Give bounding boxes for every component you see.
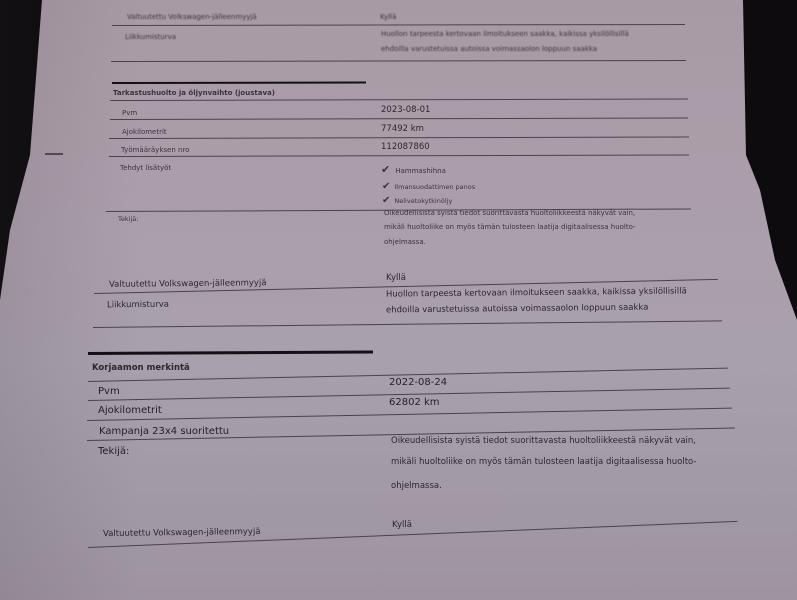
- performer-note-line1: Oikeudellisista syistä tiedot suorittava…: [391, 436, 696, 446]
- row-value-mileage: 77492 km: [381, 124, 424, 134]
- row-value-mileage: 62802 km: [389, 397, 440, 408]
- checked-item: ✔Ilmansuodattimen panos: [382, 181, 475, 192]
- row-label-date: Pvm: [98, 386, 120, 397]
- row-value-mobility-line2: ehdoilla varustetuissa autoissa voimassa…: [381, 45, 597, 53]
- row-label-dealer: Valtuutettu Volkswagen-jälleenmyyjä: [109, 278, 267, 290]
- performer-note-line3: ohjelmassa.: [384, 238, 426, 246]
- checked-item-label: Nelivetokytkinöljy: [394, 197, 452, 205]
- check-icon: ✔: [381, 163, 390, 176]
- checked-item: ✔Nelivetokytkinöljy: [382, 195, 452, 206]
- row-label-extra-work: Tehdyt lisätyöt: [120, 164, 171, 172]
- row-label-mileage: Ajokilometrit: [98, 405, 162, 416]
- performer-note-line1: Oikeudellisista syistä tiedot suorittava…: [384, 209, 635, 217]
- row-value-mobility-line1: Huollon tarpeesta kertovaan ilmoitukseen…: [381, 30, 629, 38]
- row-label-campaign: Kampanja 23x4 suoritettu: [99, 426, 229, 437]
- row-label-dealer: Valtuutettu Volkswagen-jälleenmyyjä: [127, 13, 257, 21]
- checked-item-label: Hammashihna: [395, 167, 446, 175]
- section-heading: Korjaamon merkintä: [92, 363, 190, 373]
- row-value-work-order: 112087860: [381, 142, 430, 152]
- performer-note-line3: ohjelmassa.: [391, 481, 442, 491]
- performer-note-line2: mikäli huoltoliike on myös tämän tuloste…: [391, 457, 696, 467]
- row-label-mobility: Liikkumisturva: [107, 300, 169, 311]
- row-label-performer: Tekijä:: [98, 446, 129, 457]
- check-icon: ✔: [382, 195, 390, 206]
- row-value-date: 2023-08-01: [381, 105, 430, 115]
- checked-item-label: Ilmansuodattimen panos: [394, 183, 475, 191]
- paper-fold-mark: [45, 153, 63, 155]
- checked-item: ✔Hammashihna: [381, 163, 446, 176]
- row-label-date: Pvm: [122, 109, 137, 117]
- row-label-work-order: Työmääräyksen nro: [121, 146, 189, 154]
- row-label-mileage: Ajokilometrit: [122, 128, 167, 136]
- row-value-dealer: Kyllä: [386, 273, 406, 283]
- check-icon: ✔: [382, 181, 390, 192]
- section-heading: Tarkastushuolto ja öljynvaihto (joustava…: [113, 89, 275, 97]
- row-value-dealer: Kyllä: [380, 13, 396, 21]
- row-value-dealer: Kyllä: [392, 520, 412, 530]
- row-label-performer: Tekijä:: [118, 215, 138, 223]
- row-value-date: 2022-08-24: [389, 377, 447, 388]
- performer-note-line2: mikäli huoltoliike on myös tämän tuloste…: [384, 223, 636, 231]
- row-label-mobility: Liikkumisturva: [125, 33, 176, 41]
